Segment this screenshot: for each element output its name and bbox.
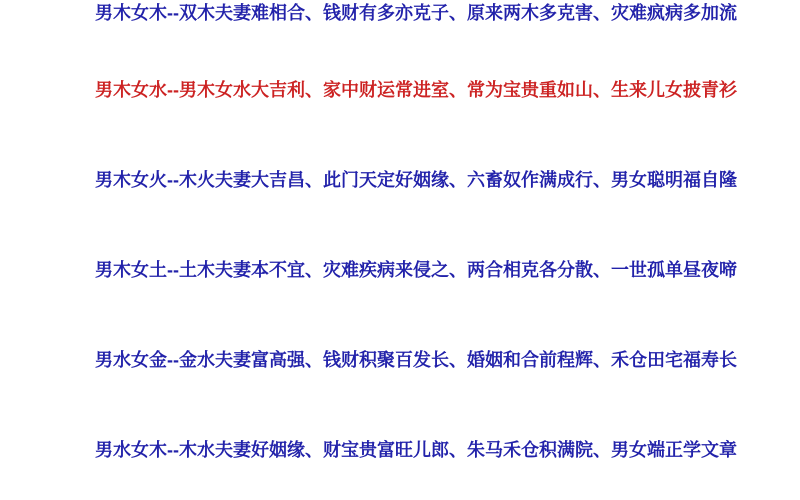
verse-line-water-metal: 男水女金--金水夫妻富高强、钱财积聚百发长、婚姻和合前程辉、禾仓田宅福寿长	[95, 348, 795, 372]
verse-line-wood-earth: 男木女土--土木夫妻本不宜、灾难疾病来侵之、两合相克各分散、一世孤单昼夜啼	[95, 258, 795, 282]
verse-line-water-wood: 男水女木--木水夫妻好姻缘、财宝贵富旺儿郎、朱马禾仓积满院、男女端正学文章	[95, 438, 795, 462]
document-page: 男木女木--双木夫妻难相合、钱财有多亦克子、原来两木多克害、灾难疯病多加流 男木…	[0, 0, 800, 500]
verse-line-wood-fire: 男木女火--木火夫妻大吉昌、此门天定好姻缘、六畜奴作满成行、男女聪明福自隆	[95, 168, 795, 192]
verse-line-wood-wood: 男木女木--双木夫妻难相合、钱财有多亦克子、原来两木多克害、灾难疯病多加流	[95, 1, 795, 25]
verse-line-wood-water: 男木女水--男木女水大吉利、家中财运常进室、常为宝贵重如山、生来儿女披青衫	[95, 78, 795, 102]
